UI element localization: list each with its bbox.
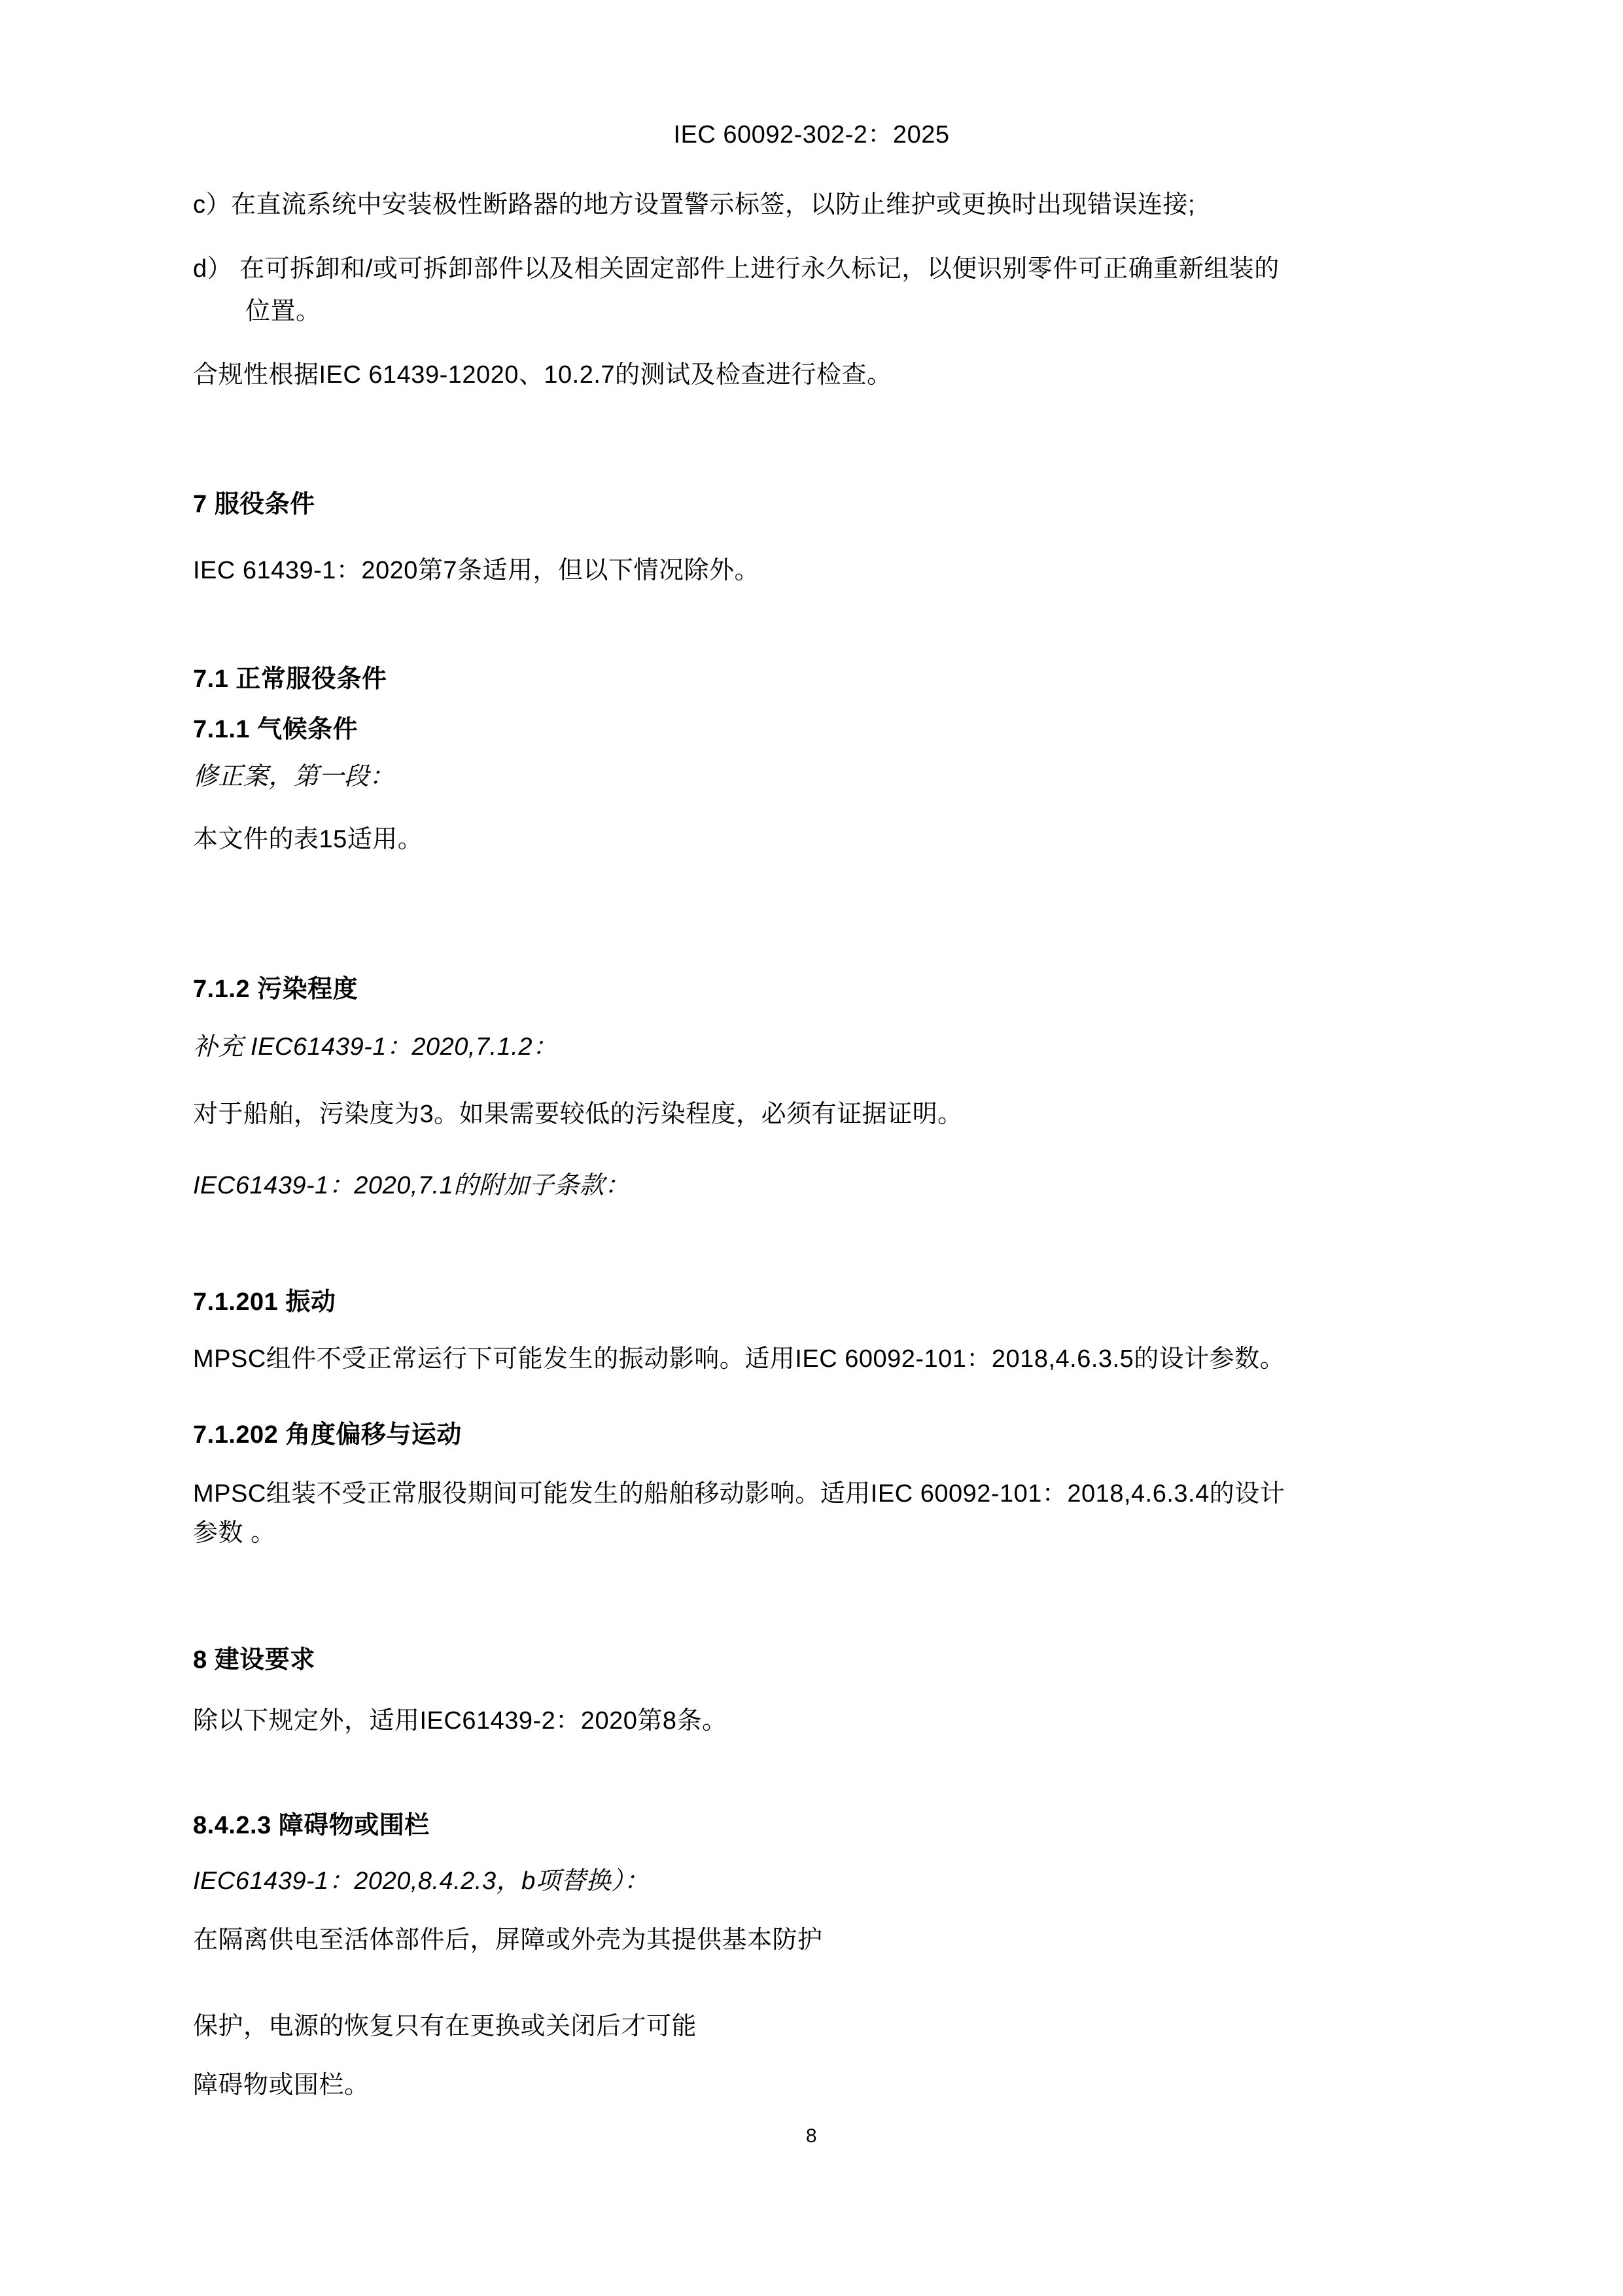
list-item-d: d） 在可拆卸和/或可拆卸部件以及相关固定部件上进行永久标记，以便识别零件可正确… — [193, 255, 1280, 283]
list-item-d-continuation: 位置。 — [245, 297, 321, 326]
section-7-1-2-note: 补充 IEC61439-1：2020,7.1.2： — [193, 1033, 557, 1061]
list-item-c: c）在直流系统中安装极性断路器的地方设置警示标签，以防止维护或更换时出现错误连接… — [193, 190, 1195, 219]
section-7-heading: 7 服役条件 — [193, 490, 315, 519]
section-7-1-201-body: MPSC组件不受正常运行下可能发生的振动影响。适用IEC 60092-101：2… — [193, 1345, 1285, 1373]
section-7-1-1-note: 修正案，第一段： — [193, 762, 394, 791]
section-8-heading: 8 建设要求 — [193, 1646, 315, 1674]
section-8-4-2-3-body-line-3: 障碍物或围栏。 — [193, 2071, 370, 2100]
compliance-paragraph: 合规性根据IEC 61439-12020、10.2.7的测试及检查进行检查。 — [193, 361, 892, 389]
section-7-1-1-heading: 7.1.1 气候条件 — [193, 715, 358, 744]
section-7-1-heading: 7.1 正常服役条件 — [193, 665, 387, 694]
section-7-1-additional-subclauses-note: IEC61439-1：2020,7.1的附加子条款： — [193, 1171, 630, 1200]
section-7-1-202-heading: 7.1.202 角度偏移与运动 — [193, 1421, 462, 1449]
section-7-1-202-body: MPSC组装不受正常服役期间可能发生的船舶移动影响。适用IEC 60092-10… — [193, 1479, 1285, 1508]
section-7-1-2-body: 对于船舶，污染度为3。如果需要较低的污染程度，必须有证据证明。 — [193, 1100, 963, 1129]
section-8-4-2-3-body-line-1: 在隔离供电至活体部件后，屏障或外壳为其提供基本防护 — [193, 1926, 823, 1954]
page-number: 8 — [0, 2122, 1623, 2151]
section-7-1-2-heading: 7.1.2 污染程度 — [193, 975, 358, 1004]
section-8-4-2-3-note: IEC61439-1：2020,8.4.2.3，b项替换）： — [193, 1867, 649, 1896]
section-7-1-201-heading: 7.1.201 振动 — [193, 1288, 336, 1316]
section-8-4-2-3-body-line-2: 保护，电源的恢复只有在更换或关闭后才可能 — [193, 2012, 697, 2041]
document-header: IEC 60092-302-2：2025 — [0, 120, 1623, 149]
section-7-intro: IEC 61439-1：2020第7条适用，但以下情况除外。 — [193, 556, 759, 585]
section-8-4-2-3-heading: 8.4.2.3 障碍物或围栏 — [193, 1811, 430, 1840]
section-8-intro: 除以下规定外，适用IEC61439-2：2020第8条。 — [193, 1706, 727, 1735]
section-7-1-1-body: 本文件的表15适用。 — [193, 825, 423, 854]
section-7-1-202-body-continuation: 参数 。 — [193, 1519, 276, 1547]
